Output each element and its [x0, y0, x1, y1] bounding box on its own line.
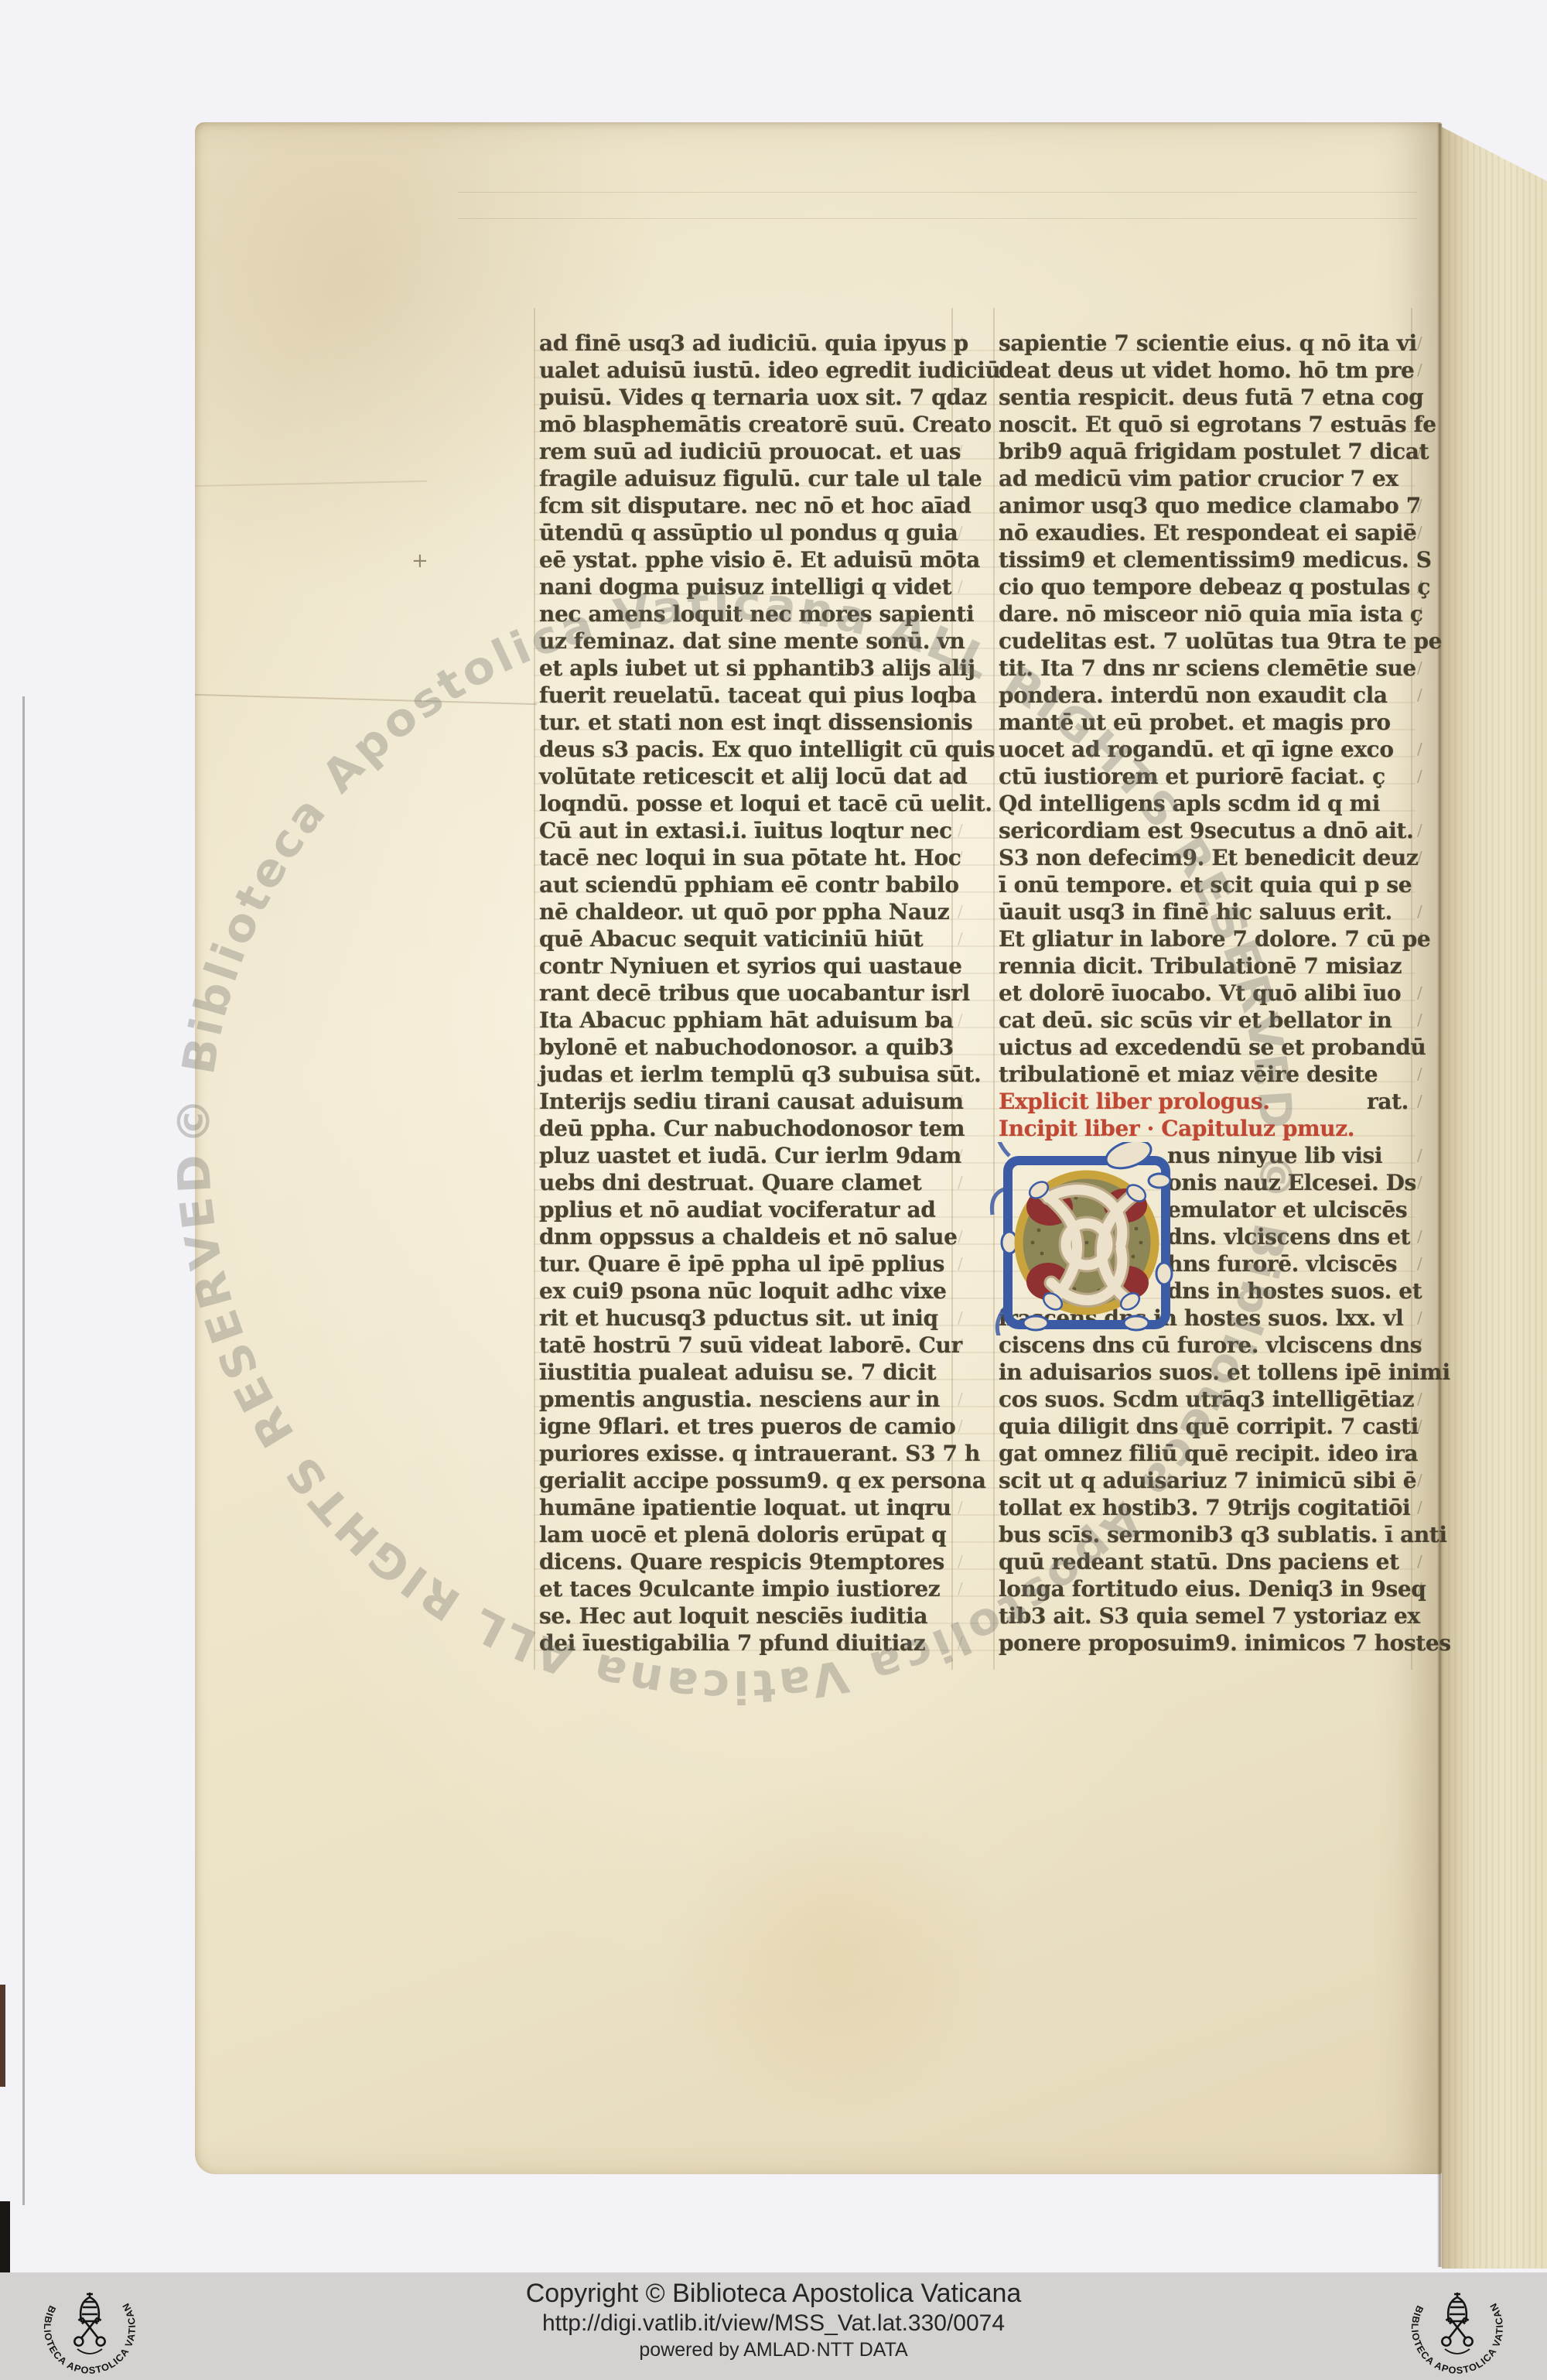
manuscript-line: ponere proposuim9. inimicos 7 hostes	[999, 1629, 1410, 1657]
line-filler-stroke: /	[1417, 600, 1437, 627]
line-filler-stroke: /	[1417, 736, 1437, 763]
line-filler-stroke: /	[1417, 1061, 1437, 1088]
parchment-crease-2	[195, 480, 427, 487]
manuscript-line: fcm sit disputare. nec nō et hoc aīad	[539, 492, 951, 519]
manuscript-line: Qd intelligens apls scdm id q mi	[999, 790, 1410, 817]
manuscript-line: humāne ipatientie loquat. ut inqru	[539, 1494, 951, 1521]
manuscript-line: tit. Ita 7 dns nr sciens clemētie sue	[999, 655, 1410, 682]
line-filler-stroke: /	[1417, 980, 1437, 1007]
rubric-incipit-text: Incipit liber · Capituluz pmuz.	[999, 1115, 1354, 1142]
line-filler-stroke: /	[958, 763, 978, 790]
manuscript-line: judas et ierlm templū q3 subuisa sūt.	[539, 1061, 951, 1088]
manuscript-line: aut sciendū pphiam eē contr babilo	[539, 871, 951, 898]
gutter-shadow	[1437, 124, 1443, 2267]
line-filler-stroke: /	[1417, 1575, 1437, 1602]
manuscript-line: gerialit accipe possum9. q ex persona	[539, 1467, 951, 1494]
manuscript-line: igne 9flari. et tres pueros de camio	[539, 1413, 951, 1440]
manuscript-line: fuerit reuelatū. taceat qui pius loqba	[539, 682, 951, 709]
line-filler-stroke: /	[958, 492, 978, 519]
line-filler-stroke: /	[1417, 1007, 1437, 1034]
manuscript-line: ctū iustiorem et puriorē faciat. ç	[999, 763, 1410, 790]
manuscript-line: cudelitas est. 7 uolūtas tua 9tra te pe	[999, 627, 1410, 655]
line-filler-stroke: /	[958, 1467, 978, 1494]
line-filler-stroke	[1417, 790, 1437, 817]
manuscript-line: volūtate reticescit et alij locū dat ad	[539, 763, 951, 790]
right-column-lower: irascens dns in hostes suos. lxx. vlcisc…	[999, 1305, 1410, 1657]
line-filler-stroke	[1417, 1034, 1437, 1061]
line-filler-stroke	[958, 1115, 978, 1142]
manuscript-line: bus scīs. sermonib3 q3 sublatis. ī anti	[999, 1521, 1410, 1548]
line-filler-stroke: /	[958, 1413, 978, 1440]
logo-circle-text: BIBLIOTECA APOSTOLICA VATICANA	[1409, 2301, 1505, 2376]
decorated-initial-O: O	[989, 1142, 1175, 1335]
line-filler-stroke: /	[1417, 655, 1437, 682]
manuscript-line: noscit. Et quō si egrotans 7 estuās fe	[999, 411, 1410, 438]
line-filler-stroke: /	[1417, 1494, 1437, 1521]
line-filler-stroke: /	[958, 411, 978, 438]
manuscript-line: ī onū tempore. et scit quia qui p se	[999, 871, 1410, 898]
manuscript-line: nec amens loquit nec mores sapienti	[539, 600, 951, 627]
line-filler-stroke	[1417, 1359, 1437, 1386]
line-filler-stroke: /	[958, 898, 978, 925]
manuscript-line: rem suū ad iudiciū prouocat. et uas	[539, 438, 951, 465]
line-filler-stroke: /	[958, 1007, 978, 1034]
manuscript-line: longa fortitudo eius. Deniq3 in 9seq	[999, 1575, 1410, 1602]
line-filler-stroke: /	[958, 736, 978, 763]
line-filler-stroke: /	[958, 1305, 978, 1332]
line-filler-stroke	[958, 1521, 978, 1548]
manuscript-line: nō exaudies. Et respondeat ei sapiē	[999, 519, 1410, 546]
manuscript-line: quē Abacuc sequit vaticiniū hiūt	[539, 925, 951, 952]
manuscript-line: tacē nec loqui in sua pōtate ht. Hoc	[539, 844, 951, 871]
line-filler-stroke: /	[1417, 898, 1437, 925]
manuscript-line: dicens. Quare respicis 9temptores	[539, 1548, 951, 1575]
line-filler-stroke: /	[1417, 1305, 1437, 1332]
rubric-line-tail: rat.	[1367, 1088, 1410, 1115]
manuscript-line: dnm oppssus a chaldeis et nō salue	[539, 1223, 951, 1250]
manuscript-line: tollat ex hostib3. 7 9trijs cogitatiōi	[999, 1494, 1410, 1521]
manuscript-line: tribulationē et miaz vēire desite	[999, 1061, 1410, 1088]
manuscript-line: cos suos. Scdm utrāq3 intelligētiaz	[999, 1386, 1410, 1413]
manuscript-line: rennia dicit. Tribulationē 7 misiaz	[999, 952, 1410, 980]
line-filler-stroke: /	[958, 357, 978, 384]
manuscript-line: pluz uastet et iudā. Cur ierlm 9dam	[539, 1142, 951, 1169]
line-filler-stroke	[1417, 627, 1437, 655]
line-filler-stroke: /	[958, 682, 978, 709]
line-filler-stroke	[1417, 465, 1437, 492]
manuscript-line: uebs dni destruat. Quare clamet	[539, 1169, 951, 1196]
manuscript-line: uocet ad rogandū. et qī igne exco	[999, 736, 1410, 763]
line-filler-stroke	[958, 546, 978, 573]
margin-cross-mark: +	[412, 549, 429, 573]
manuscript-line: ūtendū q assūptio ul pondus q guia	[539, 519, 951, 546]
line-filler-stroke	[958, 627, 978, 655]
rubric-explicit-line: Explicit liber prologus. rat.	[999, 1088, 1410, 1115]
line-filler-stroke: /	[958, 1386, 978, 1413]
line-filler-stroke: /	[1417, 925, 1437, 952]
vatican-library-logo-left: BIBLIOTECA APOSTOLICA VATICANA	[20, 2276, 159, 2378]
line-fillers-left-column: /////////////////////////////////	[958, 330, 978, 1657]
line-filler-stroke: /	[958, 1548, 978, 1575]
line-filler-stroke	[1417, 1115, 1437, 1142]
manuscript-line: Ita Abacuc pphiam hāt aduisum ba	[539, 1007, 951, 1034]
initial-side-text: nus ninyue lib visionis nauz Elcesei. Ds…	[1167, 1142, 1410, 1305]
line-filler-stroke: /	[958, 1169, 978, 1196]
manuscript-line: nē chaldeor. ut quō por ppha Nauz	[539, 898, 951, 925]
footer-bar: Copyright © Biblioteca Apostolica Vatica…	[0, 2272, 1547, 2380]
manuscript-line: dns. vlciscens dns et	[1167, 1223, 1410, 1250]
line-filler-stroke: /	[958, 1250, 978, 1277]
vatican-library-logo-right: BIBLIOTECA APOSTOLICA VATICANA	[1388, 2276, 1527, 2378]
line-filler-stroke: /	[958, 1223, 978, 1250]
manuscript-line: et taces 9culcante impio iustiorez	[539, 1575, 951, 1602]
line-filler-stroke: /	[1417, 438, 1437, 465]
manuscript-line: loqndū. posse et loqui et tacē cū uelit.	[539, 790, 951, 817]
line-filler-stroke: /	[1417, 817, 1437, 844]
line-filler-stroke	[958, 790, 978, 817]
line-filler-stroke: /	[958, 1575, 978, 1602]
manuscript-line: se. Hec aut loquit nesciēs iuditia	[539, 1602, 951, 1629]
manuscript-line: fragile aduisuz figulū. cur tale ul tale	[539, 465, 951, 492]
line-filler-stroke: /	[958, 519, 978, 546]
line-filler-stroke: /	[1417, 573, 1437, 600]
line-filler-stroke	[958, 952, 978, 980]
footer-powered-by: powered by AMLAD·NTT DATA	[0, 2337, 1547, 2362]
line-filler-stroke	[958, 1034, 978, 1061]
manuscript-line: gat omnez filiū quē recipit. ideo ira	[999, 1440, 1410, 1467]
manuscript-line: et apls iubet ut si pphantib3 alijs alij	[539, 655, 951, 682]
line-filler-stroke: /	[958, 1629, 978, 1657]
manuscript-line: rant decē tribus que uocabantur isrl	[539, 980, 951, 1007]
manuscript-line: pondera. interdū non exaudit cla	[999, 682, 1410, 709]
manuscript-line: īiustitia pualeat aduisu se. 7 dicit	[539, 1359, 951, 1386]
manuscript-line: lam uocē et plenā doloris erūpat q	[539, 1521, 951, 1548]
line-filler-stroke: /	[958, 1332, 978, 1359]
manuscript-line: animor usq3 quo medice clamabo 7	[999, 492, 1410, 519]
line-fillers-right-column: /////////////////////////////////	[1417, 330, 1437, 1657]
manuscript-line: contr Nyniuen et syrios qui uastaue	[539, 952, 951, 980]
manuscript-line: puisū. Vides q ternaria uox sit. 7 qdaz	[539, 384, 951, 411]
line-filler-stroke: /	[958, 573, 978, 600]
line-filler-stroke	[958, 1277, 978, 1305]
line-filler-stroke: /	[958, 655, 978, 682]
line-filler-stroke	[1417, 952, 1437, 980]
line-filler-stroke: /	[958, 1494, 978, 1521]
manuscript-line: pmentis angustia. nesciens aur in	[539, 1386, 951, 1413]
text-column-right: sapientie 7 scientie eius. q nō ita vide…	[999, 330, 1410, 1657]
manuscript-line: ualet aduisū iustū. ideo egredit iudiciū	[539, 357, 951, 384]
line-filler-stroke: /	[958, 817, 978, 844]
manuscript-line: uz feminaz. dat sine mente sonū. vn	[539, 627, 951, 655]
manuscript-line: tib3 ait. S3 quia semel 7 ystoriaz ex	[999, 1602, 1410, 1629]
scan-edge-sliver-brown	[0, 1985, 5, 2087]
footer-url: http://digi.vatlib.it/view/MSS_Vat.lat.3…	[0, 2309, 1547, 2337]
text-column-left: ad finē usq3 ad iudiciū. quia ipyus pual…	[539, 330, 951, 1657]
line-filler-stroke: /	[958, 330, 978, 357]
parchment-crease	[195, 694, 537, 705]
line-filler-stroke: /	[958, 980, 978, 1007]
line-filler-stroke	[1417, 709, 1437, 736]
line-filler-stroke: /	[1417, 1548, 1437, 1575]
parchment-leaf: + ad finē usq3 ad iudiciū. quia ipyus pu…	[195, 122, 1442, 2174]
line-filler-stroke: /	[1417, 844, 1437, 871]
svg-text:BIBLIOTECA APOSTOLICA VATICANA: BIBLIOTECA APOSTOLICA VATICANA	[1409, 2301, 1505, 2376]
facing-folio-edge	[1442, 122, 1547, 2269]
line-filler-stroke: /	[1417, 1142, 1437, 1169]
line-filler-stroke	[958, 709, 978, 736]
digitized-manuscript-page: { "watermark": { "circle_text": "© Bibli…	[0, 0, 1547, 2380]
line-filler-stroke: /	[958, 1061, 978, 1088]
logo-circle-text: BIBLIOTECA APOSTOLICA VATICANA	[42, 2301, 138, 2376]
manuscript-line: et dolorē īuocabo. Vt quō alibi īuo	[999, 980, 1410, 1007]
manuscript-line: sericordiam est 9secutus a dnō ait.	[999, 817, 1410, 844]
top-ruling-line	[458, 192, 1417, 193]
manuscript-line: sapientie 7 scientie eius. q nō ita vi	[999, 330, 1410, 357]
line-filler-stroke	[958, 384, 978, 411]
manuscript-line: in aduisarios suos. et tollens ipē inimi	[999, 1359, 1410, 1386]
line-filler-stroke	[958, 1602, 978, 1629]
top-ruling-line-2	[458, 218, 1417, 219]
line-filler-stroke	[958, 1196, 978, 1223]
line-filler-stroke	[1417, 1196, 1437, 1223]
line-filler-stroke: /	[958, 925, 978, 952]
line-filler-stroke: /	[1417, 763, 1437, 790]
line-filler-stroke: /	[958, 844, 978, 871]
line-filler-stroke: /	[1417, 330, 1437, 357]
line-filler-stroke: /	[1417, 1629, 1437, 1657]
line-filler-stroke	[1417, 546, 1437, 573]
line-filler-stroke	[1417, 1521, 1437, 1548]
line-filler-stroke: /	[1417, 1332, 1437, 1359]
line-filler-stroke: /	[1417, 519, 1437, 546]
right-column-upper: sapientie 7 scientie eius. q nō ita vide…	[999, 330, 1410, 1088]
manuscript-line: emulator et ulciscēs	[1167, 1196, 1410, 1223]
manuscript-line: puriores exisse. q intrauerant. S3 7 h	[539, 1440, 951, 1467]
svg-text:BIBLIOTECA APOSTOLICA VATICANA: BIBLIOTECA APOSTOLICA VATICANA	[42, 2301, 138, 2376]
manuscript-line: mantē ut eū probet. et magis pro	[999, 709, 1410, 736]
line-filler-stroke	[1417, 384, 1437, 411]
line-filler-stroke	[1417, 871, 1437, 898]
line-filler-stroke	[958, 1359, 978, 1386]
manuscript-line: sentia respicit. deus futā 7 etna cog	[999, 384, 1410, 411]
manuscript-line: dei īuestigabilia 7 pfund diuitiaz	[539, 1629, 951, 1657]
line-filler-stroke: /	[1417, 1169, 1437, 1196]
manuscript-line: nani dogma puisuz intelligi q videt	[539, 573, 951, 600]
decorated-initial-row: O	[999, 1142, 1410, 1305]
line-filler-stroke: /	[1417, 357, 1437, 384]
manuscript-line: brib9 aquā frigidam postulet 7 dicat	[999, 438, 1410, 465]
manuscript-line: tissim9 et clementissim9 medicus. S	[999, 546, 1410, 573]
manuscript-line: quū redeant statū. Dns paciens et	[999, 1548, 1410, 1575]
manuscript-line: bylonē et nabuchodonosor. a quib3	[539, 1034, 951, 1061]
line-filler-stroke	[958, 465, 978, 492]
line-filler-stroke: /	[958, 600, 978, 627]
line-filler-stroke: /	[1417, 1088, 1437, 1115]
column-guide-right-outer	[993, 308, 995, 1670]
line-filler-stroke: /	[958, 1088, 978, 1115]
scan-edge-hairline	[22, 696, 25, 2205]
line-filler-stroke: /	[1417, 492, 1437, 519]
manuscript-line: ciscens dns cū furore. vlciscens dns	[999, 1332, 1410, 1359]
manuscript-line: tatē hostrū 7 suū videat laborē. Cur	[539, 1332, 951, 1359]
manuscript-line: nus ninyue lib visi	[1167, 1142, 1410, 1169]
manuscript-line: ūauit usq3 in finē hic saluus erit.	[999, 898, 1410, 925]
manuscript-line: deus s3 pacis. Ex quo intelligit cū quis	[539, 736, 951, 763]
line-filler-stroke: /	[1417, 1250, 1437, 1277]
manuscript-line: hns furorē. vlciscēs	[1167, 1250, 1410, 1277]
manuscript-line: dare. nō misceor niō quia mīa ista ç	[999, 600, 1410, 627]
footer-copyright: Copyright © Biblioteca Apostolica Vatica…	[0, 2278, 1547, 2309]
manuscript-line: ex cui9 psona nūc loquit adhc vixe	[539, 1277, 951, 1305]
line-filler-stroke: /	[1417, 682, 1437, 709]
manuscript-line: cat deū. sic scūs vir et bellator in	[999, 1007, 1410, 1034]
manuscript-line: uictus ad excedendū se et probandū	[999, 1034, 1410, 1061]
line-filler-stroke: /	[1417, 1467, 1437, 1494]
manuscript-line: ad medicū vim patior crucior 7 ex	[999, 465, 1410, 492]
manuscript-line: mō blasphemātis creatorē suū. Creato	[539, 411, 951, 438]
scan-edge-sliver-black	[0, 2201, 10, 2272]
line-filler-stroke	[1417, 1602, 1437, 1629]
manuscript-line: cio quo tempore debeaz q postulas ç	[999, 573, 1410, 600]
manuscript-line: deat deus ut videt homo. hō tm pre	[999, 357, 1410, 384]
manuscript-line: scit ut q aduisariuz 7 inimicū sibi ē	[999, 1467, 1410, 1494]
manuscript-line: dns in hostes suos. et	[1167, 1277, 1410, 1305]
line-filler-stroke	[1417, 1277, 1437, 1305]
manuscript-line: quia diligit dns quē corripit. 7 casti	[999, 1413, 1410, 1440]
manuscript-line: rit et hucusq3 pductus sit. ut iniq	[539, 1305, 951, 1332]
manuscript-line: tur. et stati non est inqt dissensionis	[539, 709, 951, 736]
line-filler-stroke	[958, 871, 978, 898]
papal-crest-icon	[1440, 2293, 1474, 2354]
manuscript-line: ad finē usq3 ad iudiciū. quia ipyus p	[539, 330, 951, 357]
manuscript-line: Et gliatur in labore 7 dolore. 7 cū pe	[999, 925, 1410, 952]
manuscript-line: tur. Quare ē ipē ppha ul ipē pplius	[539, 1250, 951, 1277]
manuscript-line: S3 non defecim9. Et benedicit deuz	[999, 844, 1410, 871]
line-filler-stroke	[1417, 1440, 1437, 1467]
line-filler-stroke: /	[1417, 1413, 1437, 1440]
manuscript-line: pplius et nō audiat vociferatur ad	[539, 1196, 951, 1223]
manuscript-line: onis nauz Elcesei. Ds	[1167, 1169, 1410, 1196]
line-filler-stroke: /	[1417, 1386, 1437, 1413]
papal-crest-icon	[73, 2293, 107, 2354]
rubric-explicit-text: Explicit liber prologus.	[999, 1088, 1270, 1115]
manuscript-line: deū ppha. Cur nabuchodonosor tem	[539, 1115, 951, 1142]
line-filler-stroke: /	[958, 438, 978, 465]
manuscript-line: eē ystat. pphe visio ē. Et aduisū mōta	[539, 546, 951, 573]
line-filler-stroke	[958, 1440, 978, 1467]
line-filler-stroke: /	[1417, 411, 1437, 438]
manuscript-line: Cū aut in extasi.i. īuitus loqtur nec	[539, 817, 951, 844]
rubric-incipit-line: Incipit liber · Capituluz pmuz.	[999, 1115, 1410, 1142]
column-guide-left-outer	[534, 308, 535, 1670]
line-filler-stroke: /	[1417, 1223, 1437, 1250]
manuscript-line: Interijs sediu tirani causat aduisum	[539, 1088, 951, 1115]
line-filler-stroke: /	[958, 1142, 978, 1169]
